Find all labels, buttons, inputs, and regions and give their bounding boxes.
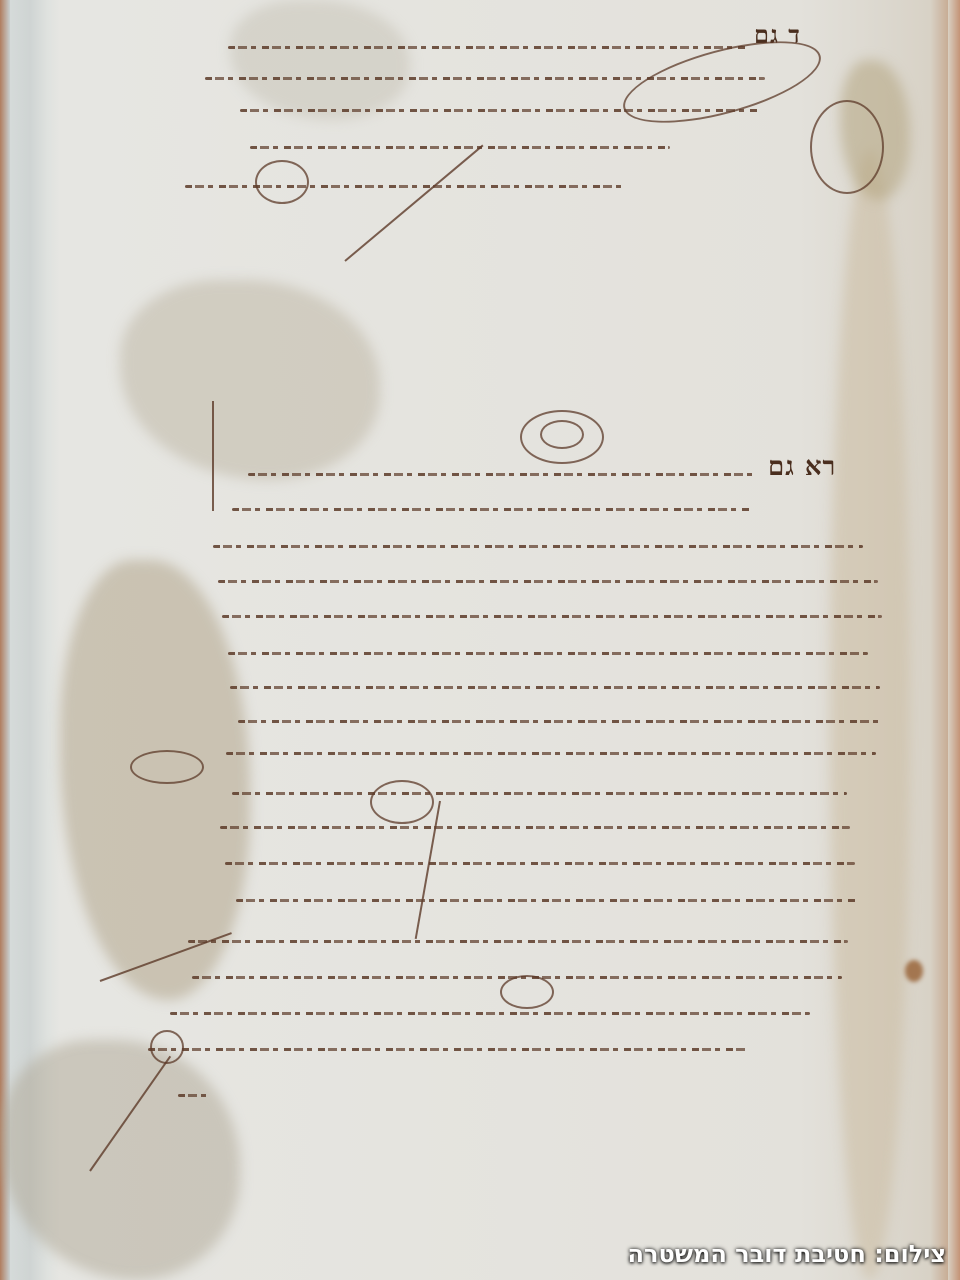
section-heading-2: רא גם bbox=[768, 452, 836, 482]
handwritten-line bbox=[225, 862, 855, 865]
handwritten-line bbox=[188, 940, 848, 943]
ink-flourish bbox=[255, 160, 309, 204]
frame-left-edge bbox=[0, 0, 10, 1280]
handwritten-line bbox=[238, 720, 883, 723]
ink-flourish bbox=[500, 975, 554, 1009]
ink-flourish bbox=[130, 750, 204, 784]
handwritten-line bbox=[222, 615, 882, 618]
handwritten-line bbox=[148, 1048, 748, 1051]
handwritten-line bbox=[248, 473, 758, 476]
manuscript-photo: ד גם רא גם bbox=[0, 0, 960, 1280]
pen-stroke bbox=[415, 801, 441, 939]
water-stain bbox=[0, 1040, 240, 1280]
water-stain bbox=[230, 0, 410, 120]
handwritten-line bbox=[220, 826, 850, 829]
water-stain bbox=[120, 280, 380, 480]
ink-flourish bbox=[615, 25, 829, 140]
handwritten-line bbox=[185, 185, 625, 188]
handwritten-line bbox=[230, 686, 880, 689]
handwritten-line bbox=[213, 545, 863, 548]
handwritten-line bbox=[170, 1012, 810, 1015]
margin-mark bbox=[212, 401, 214, 511]
handwritten-line bbox=[232, 508, 752, 511]
photo-credit-caption: צילום: חטיבת דובר המשטרה bbox=[628, 1240, 946, 1268]
ink-flourish bbox=[370, 780, 434, 824]
ink-flourish bbox=[810, 100, 884, 194]
handwritten-line bbox=[250, 146, 670, 149]
handwritten-line bbox=[236, 899, 856, 902]
handwritten-line bbox=[178, 1094, 208, 1097]
handwritten-line bbox=[226, 752, 876, 755]
pen-stroke bbox=[344, 145, 483, 262]
handwritten-line bbox=[228, 652, 868, 655]
frame-right-edge bbox=[948, 0, 960, 1280]
water-stain bbox=[830, 150, 910, 1280]
ink-flourish bbox=[540, 420, 584, 449]
ink-spot bbox=[905, 960, 923, 982]
handwritten-line bbox=[218, 580, 878, 583]
handwritten-line bbox=[232, 792, 847, 795]
handwritten-line bbox=[228, 46, 748, 49]
